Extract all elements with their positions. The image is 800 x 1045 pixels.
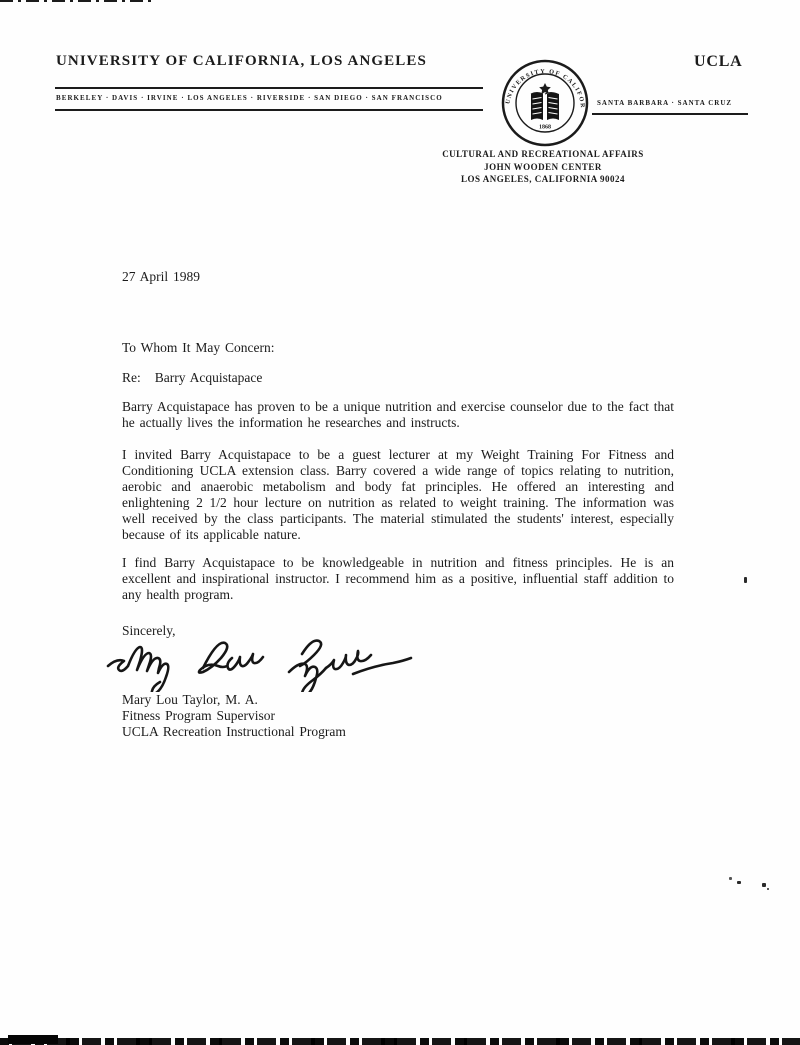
scan-speck (762, 883, 766, 887)
letterhead-rule-left-top (55, 87, 483, 89)
signer-org: UCLA Recreation Instructional Program (122, 724, 674, 740)
university-of-california-seal-icon: THE UNIVERSITY OF CALIFORNIA 1868 (500, 58, 590, 148)
scan-noise-strip (0, 1038, 800, 1045)
salutation: To Whom It May Concern: (122, 340, 674, 356)
letterhead-rule-right-bottom (592, 113, 748, 115)
subject-label: Re: (122, 370, 141, 385)
signer-name: Mary Lou Taylor, M. A. (122, 692, 674, 708)
institution-name: UNIVERSITY OF CALIFORNIA, LOS ANGELES (56, 53, 427, 70)
handwritten-signature (106, 632, 416, 692)
signature-block: Mary Lou Taylor, M. A. Fitness Program S… (122, 692, 674, 740)
subject-value: Barry Acquistapace (155, 370, 263, 385)
letter-paragraph-3: I find Barry Acquistapace to be knowledg… (122, 555, 674, 603)
scan-speck (737, 881, 741, 884)
letter-paragraph-1: Barry Acquistapace has proven to be a un… (122, 399, 674, 431)
office-address: CULTURAL AND RECREATIONAL AFFAIRS JOHN W… (393, 148, 693, 186)
office-line-3: LOS ANGELES, CALIFORNIA 90024 (393, 173, 693, 186)
scanned-letter-page: UNIVERSITY OF CALIFORNIA, LOS ANGELES UC… (0, 0, 800, 1045)
campus-list-left: BERKELEY · DAVIS · IRVINE · LOS ANGELES … (56, 94, 443, 102)
office-line-1: CULTURAL AND RECREATIONAL AFFAIRS (393, 148, 693, 161)
date-line: 27 April 1989 (122, 269, 674, 285)
letterhead-rule-right-top (0, 0, 156, 2)
scan-speck (729, 877, 732, 880)
scan-speck (744, 577, 747, 583)
ucla-wordmark: UCLA (694, 53, 743, 71)
scan-noise-blob (8, 1035, 58, 1044)
letter-body: 27 April 1989 To Whom It May Concern: Re… (122, 269, 674, 740)
letterhead-rule-left-bottom (55, 109, 483, 111)
subject-line: Re:Barry Acquistapace (122, 370, 674, 386)
seal-year: 1868 (539, 125, 551, 131)
campus-list-right: SANTA BARBARA · SANTA CRUZ (597, 99, 732, 107)
office-line-2: JOHN WOODEN CENTER (393, 161, 693, 174)
letter-paragraph-2: I invited Barry Acquistapace to be a gue… (122, 447, 674, 543)
scan-speck (767, 888, 769, 890)
signer-title: Fitness Program Supervisor (122, 708, 674, 724)
